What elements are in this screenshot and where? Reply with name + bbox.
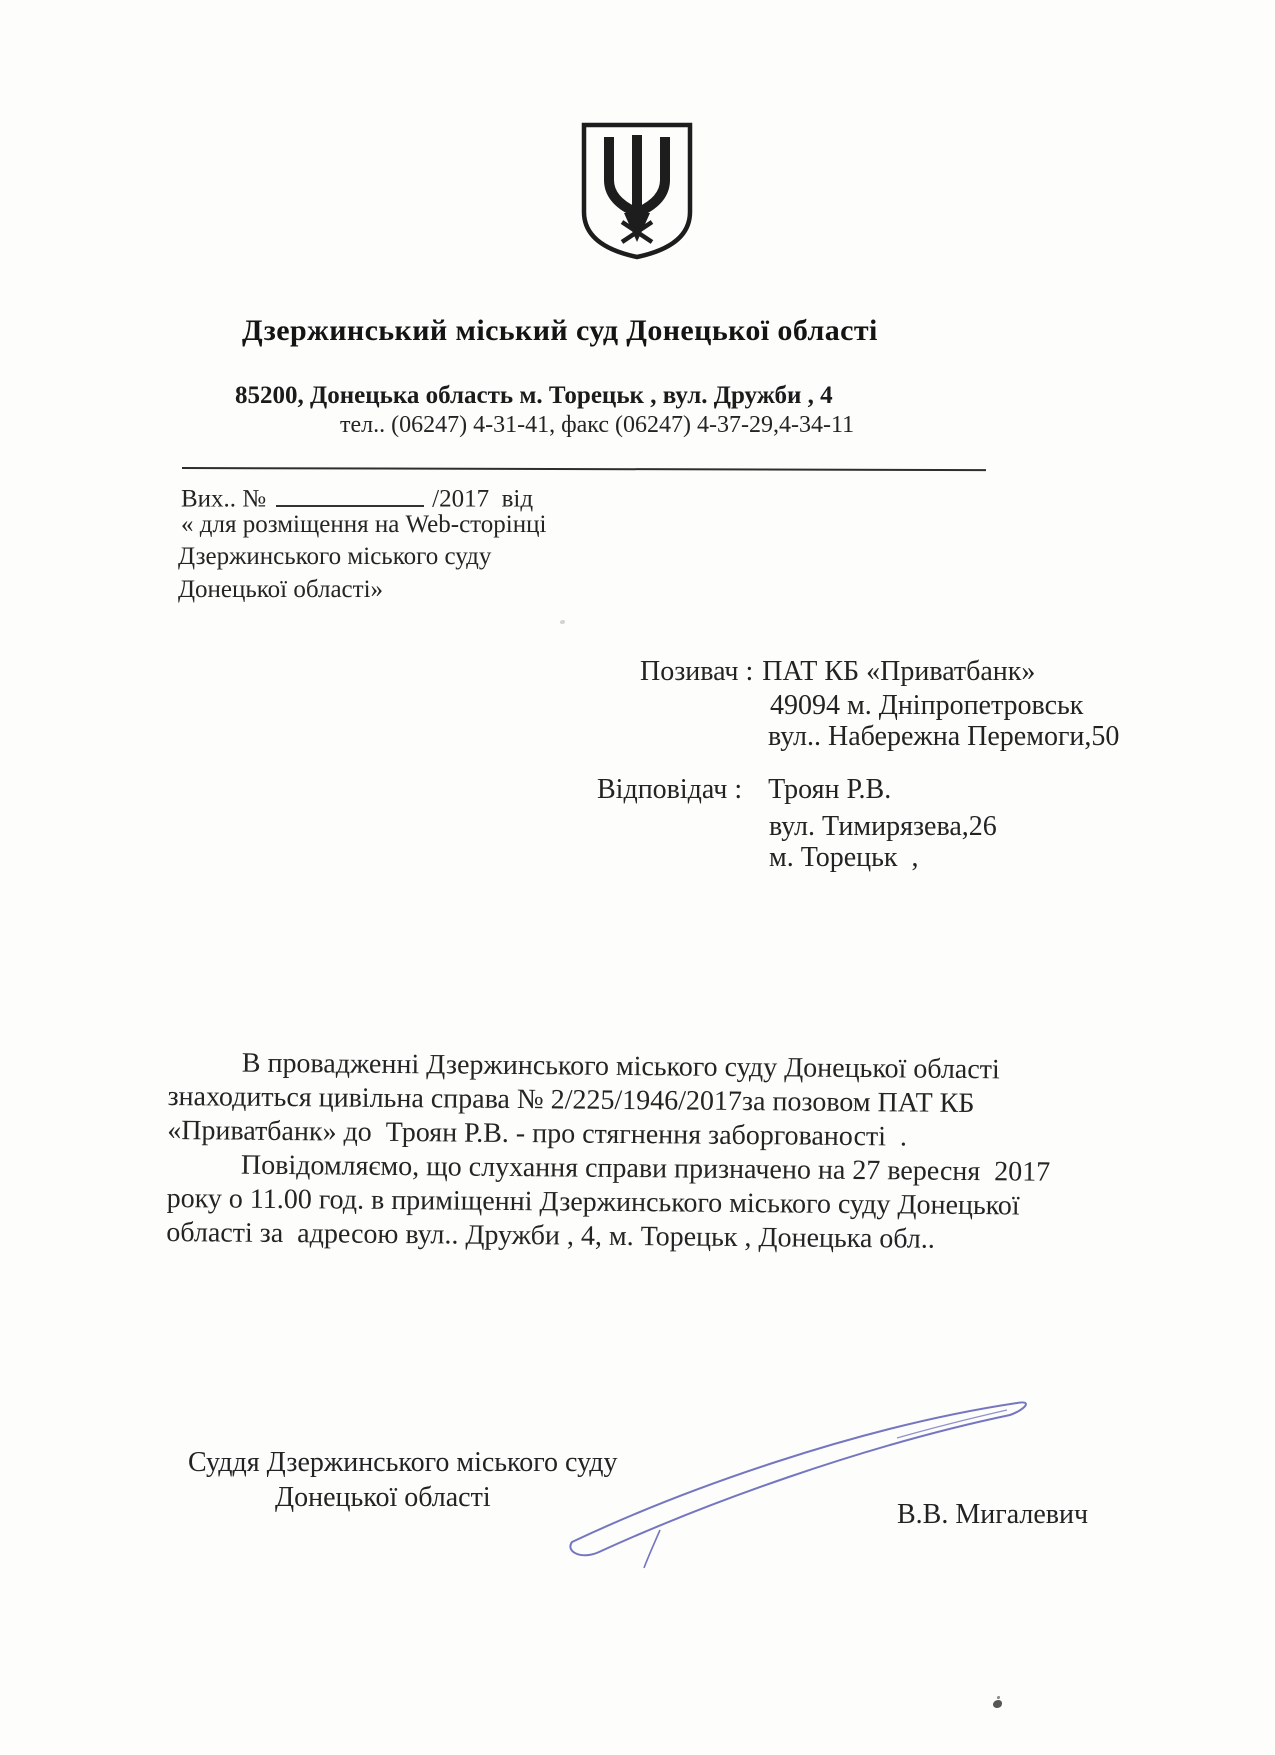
handwritten-signature — [552, 1382, 1052, 1572]
defendant-line: Відповідач :Троян Р.В. — [597, 774, 891, 806]
plaintiff-address-line-1: 49094 м. Дніпропетровськ — [770, 690, 1083, 722]
scan-speck — [997, 1696, 1000, 1699]
scanned-court-letter: Дзержинський міський суд Донецької облас… — [0, 0, 1275, 1755]
purpose-note-line-2: Дзержинського міського суду — [178, 543, 491, 571]
court-phone-fax: тел.. (06247) 4-31-41, факс (06247) 4-37… — [340, 412, 854, 439]
court-name-title: Дзержинський міський суд Донецької облас… — [242, 314, 878, 348]
defendant-name: Троян Р.В. — [768, 774, 891, 805]
divider-line — [182, 467, 986, 471]
purpose-note-line-1: « для розміщення на Web-сторінці — [181, 511, 546, 539]
number-blank-line — [276, 477, 424, 507]
plaintiff-name: ПАТ КБ «Приватбанк» — [762, 656, 1035, 687]
scan-speck — [560, 620, 565, 624]
plaintiff-line: Позивач :ПАТ КБ «Приватбанк» — [640, 656, 1035, 688]
purpose-note-line-3: Донецької області» — [178, 576, 383, 604]
plaintiff-address-line-2: вул.. Набережна Перемоги,50 — [768, 721, 1119, 753]
scan-speck — [993, 1700, 1002, 1708]
defendant-address-line-1: вул. Тимирязева,26 — [769, 811, 997, 843]
defendant-address-line-2: м. Торецьк , — [769, 842, 919, 874]
ukraine-coat-of-arms-icon — [578, 120, 696, 262]
letter-body: В провадженні Дзержинського міського суд… — [166, 1046, 1096, 1258]
defendant-label: Відповідач : — [597, 774, 742, 805]
outgoing-number-line: Вих.. №/2017 від — [181, 477, 533, 514]
judge-signer-name: В.В. Мигалевич — [897, 1499, 1088, 1531]
outgoing-number-suffix: /2017 від — [432, 486, 533, 513]
court-address: 85200, Донецька область м. Торецьк , вул… — [235, 382, 833, 410]
outgoing-number-prefix: Вих.. № — [181, 486, 266, 513]
plaintiff-label: Позивач : — [640, 656, 753, 687]
judge-title-line-2: Донецької області — [275, 1482, 491, 1514]
